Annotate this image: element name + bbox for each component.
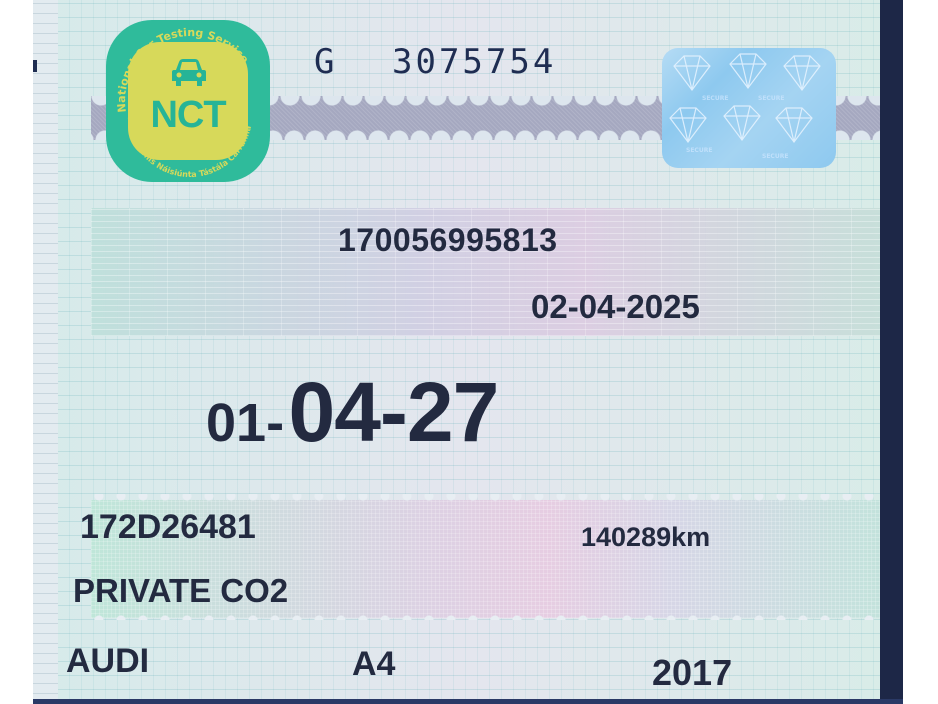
car-icon bbox=[172, 58, 206, 88]
security-hologram: SECURE SECURE SECURE SECURE bbox=[662, 48, 836, 168]
vehicle-year: 2017 bbox=[652, 652, 732, 694]
card-left-margin bbox=[33, 0, 58, 704]
diamond-icon: SECURE SECURE SECURE SECURE bbox=[662, 48, 836, 168]
odometer-reading: 140289km bbox=[581, 522, 710, 553]
vehicle-usage: PRIVATE CO2 bbox=[73, 572, 288, 610]
expiry-date: 01- 04-27 bbox=[206, 364, 498, 461]
svg-text:SECURE: SECURE bbox=[686, 147, 712, 154]
frame-border-bottom bbox=[33, 699, 903, 704]
registration-number: 172D26481 bbox=[80, 508, 256, 547]
vehicle-model: A4 bbox=[352, 645, 395, 684]
test-date: 02-04-2025 bbox=[531, 288, 700, 326]
logo-abbreviation: NCT bbox=[128, 94, 248, 137]
svg-text:SECURE: SECURE bbox=[758, 95, 784, 102]
expiry-day: 01- bbox=[206, 393, 284, 453]
certificate-number: 170056995813 bbox=[338, 222, 558, 259]
expiry-month-year: 04-27 bbox=[289, 365, 499, 459]
logo-inner-panel: NCT bbox=[128, 42, 248, 160]
edge-mark bbox=[33, 60, 37, 72]
svg-text:SECURE: SECURE bbox=[702, 95, 728, 102]
frame-border-right bbox=[880, 0, 903, 704]
serial-number: 3075754 bbox=[392, 42, 556, 82]
serial-prefix: G bbox=[314, 42, 334, 82]
vehicle-make: AUDI bbox=[66, 642, 149, 681]
svg-text:SECURE: SECURE bbox=[762, 153, 788, 160]
nct-logo: National Car Testing Service An tSeirbhí… bbox=[106, 20, 270, 182]
